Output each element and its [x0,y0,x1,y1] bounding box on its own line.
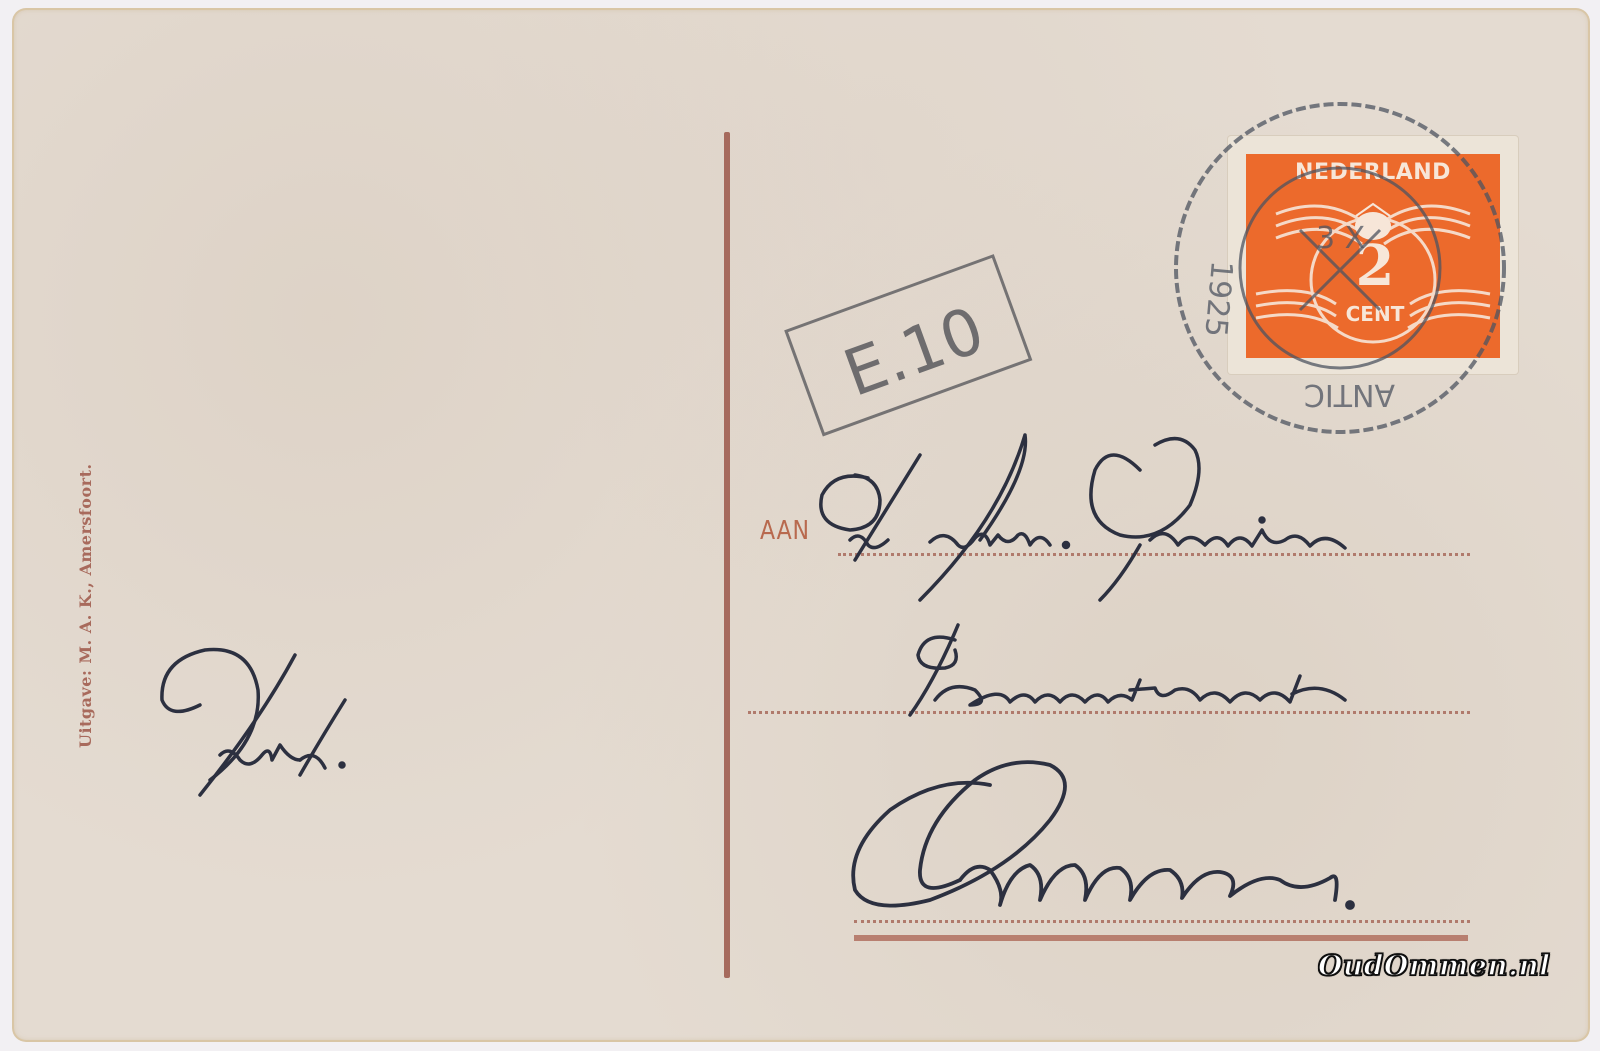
postage-stamp: NEDERLAND [1228,136,1518,374]
address-label: AAN [760,516,810,546]
site-watermark: OudOmmen.nl [1318,949,1550,982]
publisher-imprint: Uitgave: M. A. K., Amersfoort. [76,328,95,748]
address-underline-rule [854,935,1468,941]
stamp-unit: CENT [1330,302,1420,326]
handwritten-address-line-3-text: Ommen. [12,8,13,9]
stamp-face: NEDERLAND [1246,154,1500,358]
address-line-1-rule [838,553,1470,556]
handwritten-address-line-2-text: Dammstraat [12,8,13,9]
stamp-value: 2 [1345,238,1405,294]
handwritten-sender-note-text: Verk. [12,8,13,9]
address-line-3-rule [854,920,1470,923]
postcard-back: Uitgave: M. A. K., Amersfoort. AAN NEDER… [12,8,1590,1042]
vertical-divider-line [724,132,730,978]
address-line-2-rule [748,711,1470,714]
handwritten-address-line-1-text: De fam. Gerrits [12,8,13,9]
